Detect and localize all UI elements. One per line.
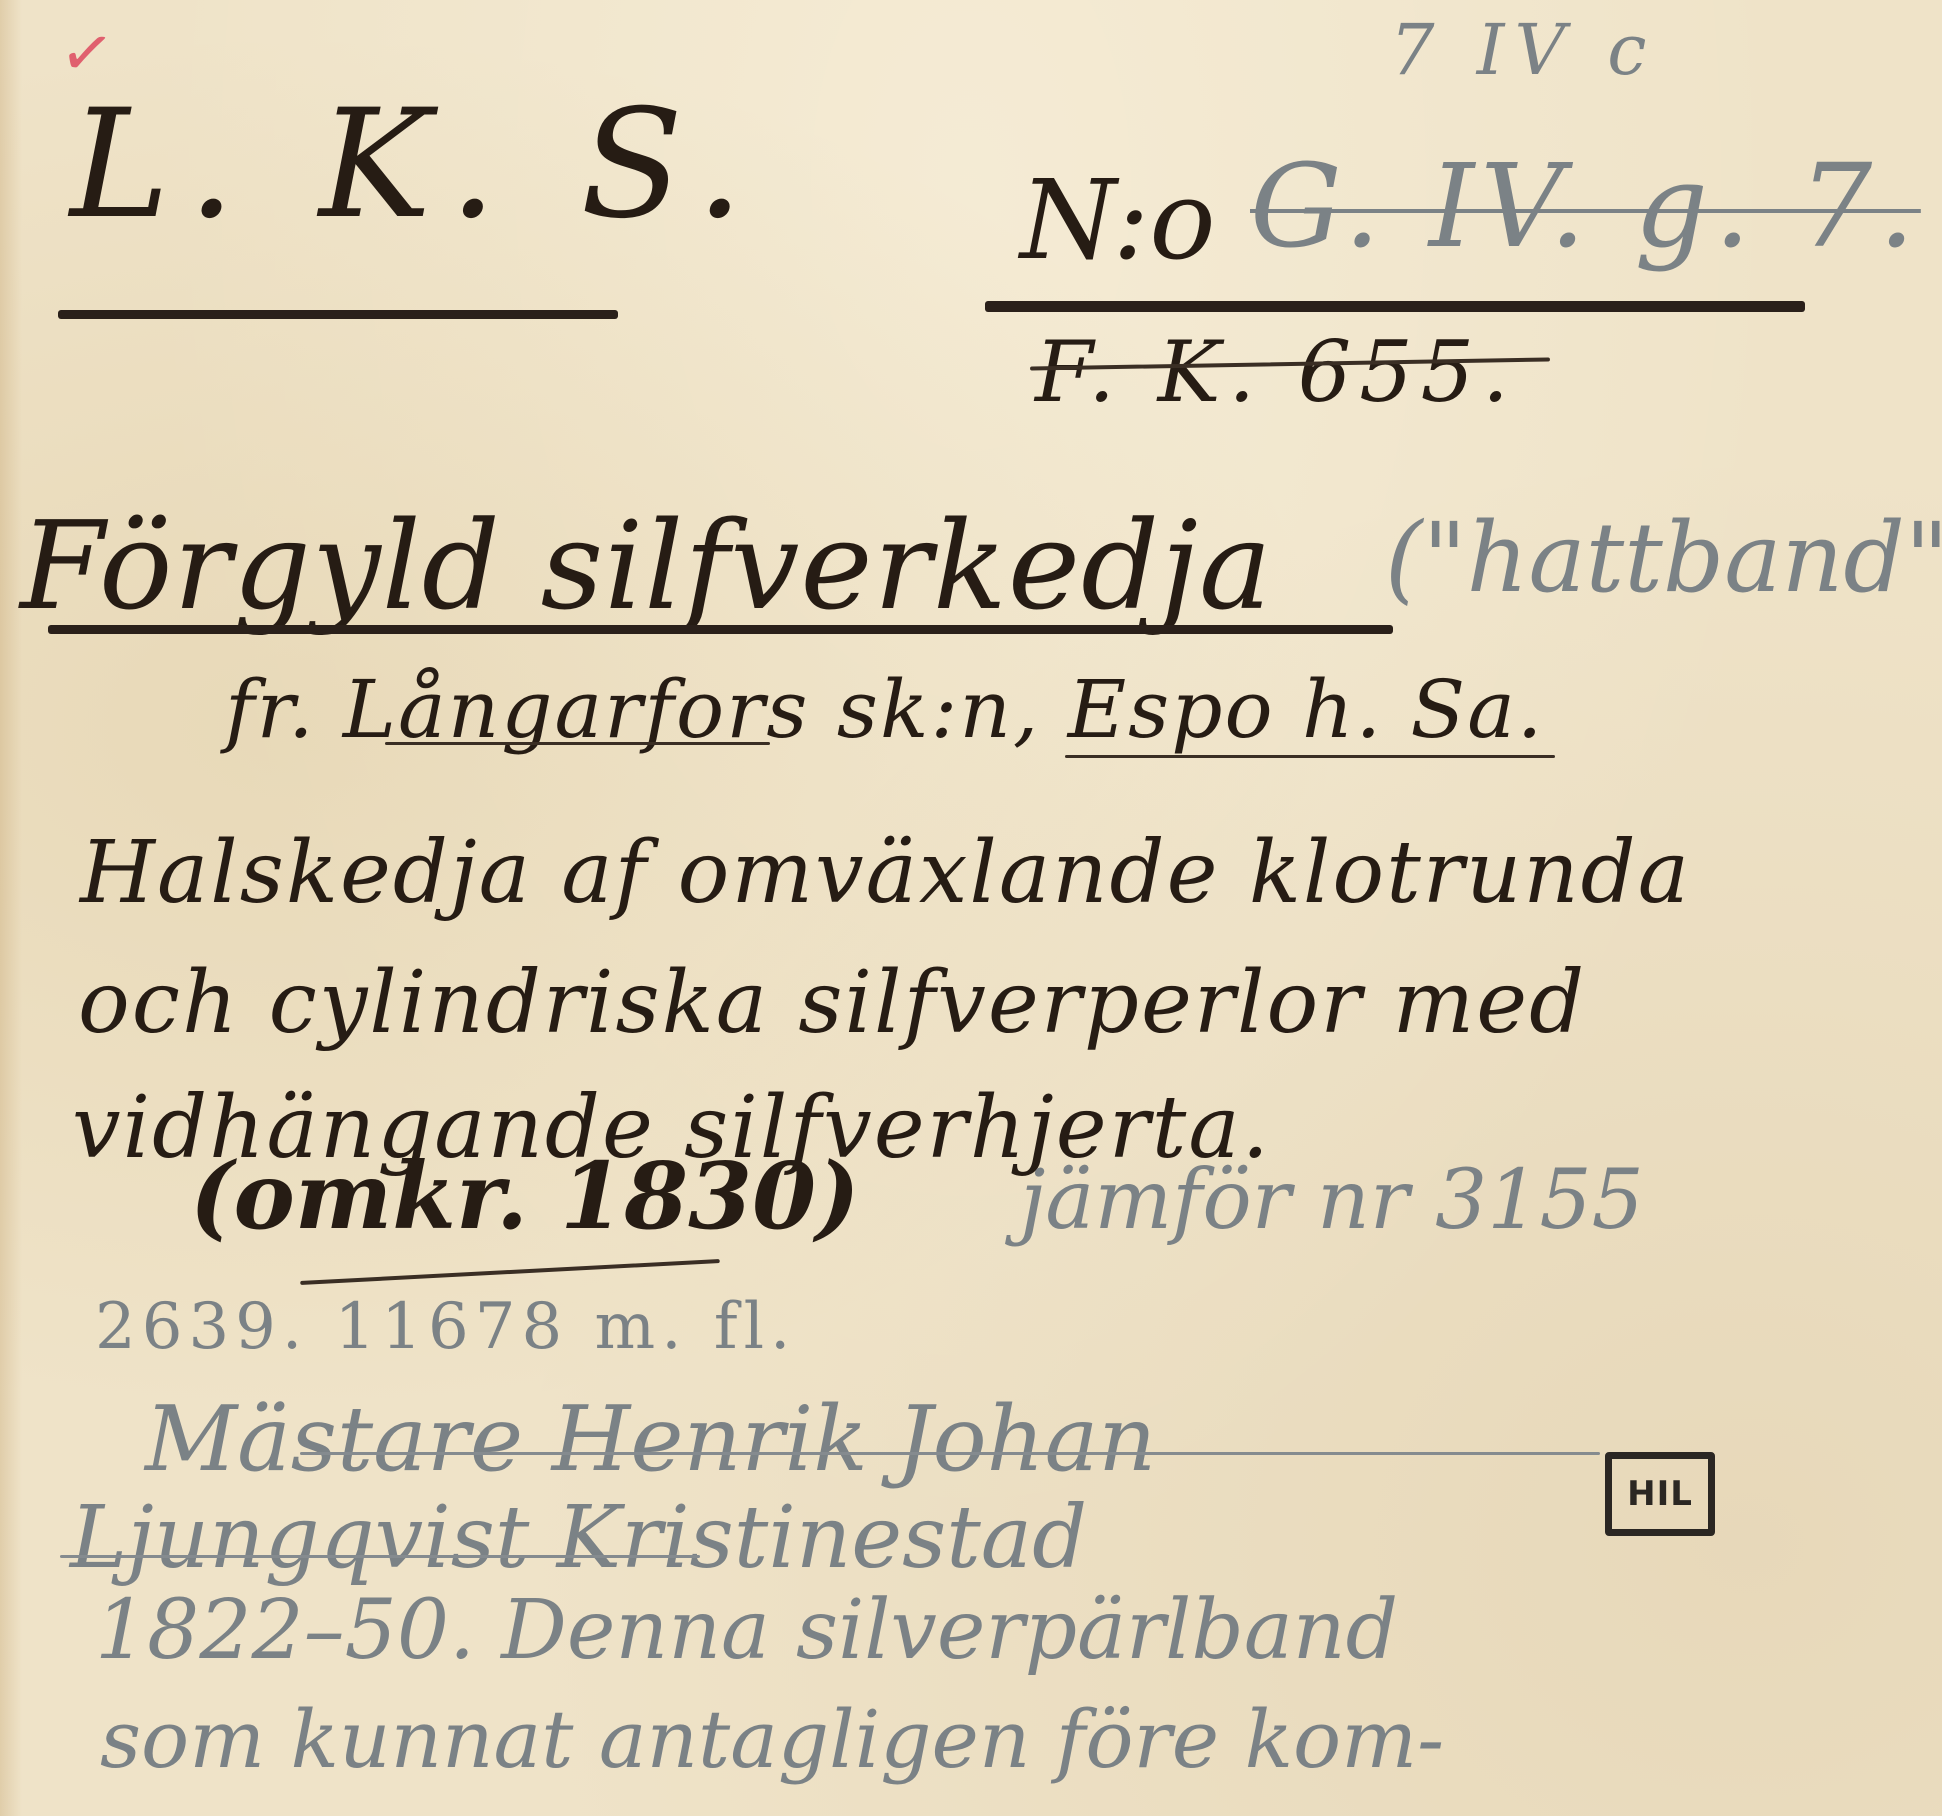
catalogue-number: F. K. 655.	[1035, 330, 1517, 414]
date-underline	[300, 1259, 720, 1285]
note-line-2: som kunnat antagligen före kom-	[100, 1700, 1444, 1780]
related-numbers: 2639. 11678 m. fl.	[95, 1295, 796, 1359]
collection-code: L. K. S.	[70, 90, 762, 240]
maker-line-2-underline	[60, 1555, 700, 1558]
struck-number: G. IV. g. 7.	[1250, 150, 1921, 265]
object-title-alt-name: ("hattband")	[1385, 510, 1942, 606]
number-label: N:o	[1020, 165, 1216, 275]
location-underline-2	[1065, 755, 1555, 758]
old-signum: 7 IV c	[1390, 15, 1656, 85]
maker-line-2: Ljungqvist Kristinestad	[70, 1495, 1087, 1581]
location-underline-1	[385, 742, 770, 745]
note-line-1: 1822–50. Denna silverpärlband	[95, 1590, 1398, 1672]
hallmark-stamp-text: HIL	[1627, 1474, 1693, 1514]
description-line-1: Halskedja af omväxlande klotrunda	[80, 830, 1691, 916]
description-line-2: och cylindriska silfverperlor med	[78, 960, 1586, 1046]
title-underline	[48, 625, 1393, 634]
hallmark-stamp: HIL	[1605, 1452, 1715, 1536]
find-location: fr. Långarfors sk:n, Espo h. Sa.	[225, 670, 1544, 750]
catalogue-card: ✓ L. K. S. 7 IV c N:o G. IV. g. 7. F. K.…	[0, 0, 1942, 1816]
maker-underline	[300, 1452, 1600, 1455]
maker-line-1: Mästare Henrik Johan	[145, 1395, 1156, 1485]
compare-reference: jämför nr 3155	[1020, 1160, 1644, 1242]
collection-underline	[58, 310, 618, 319]
date-circa: (omkr. 1830)	[190, 1150, 860, 1242]
number-underline	[985, 301, 1805, 312]
object-title: Förgyld silfverkedja	[20, 505, 1273, 627]
